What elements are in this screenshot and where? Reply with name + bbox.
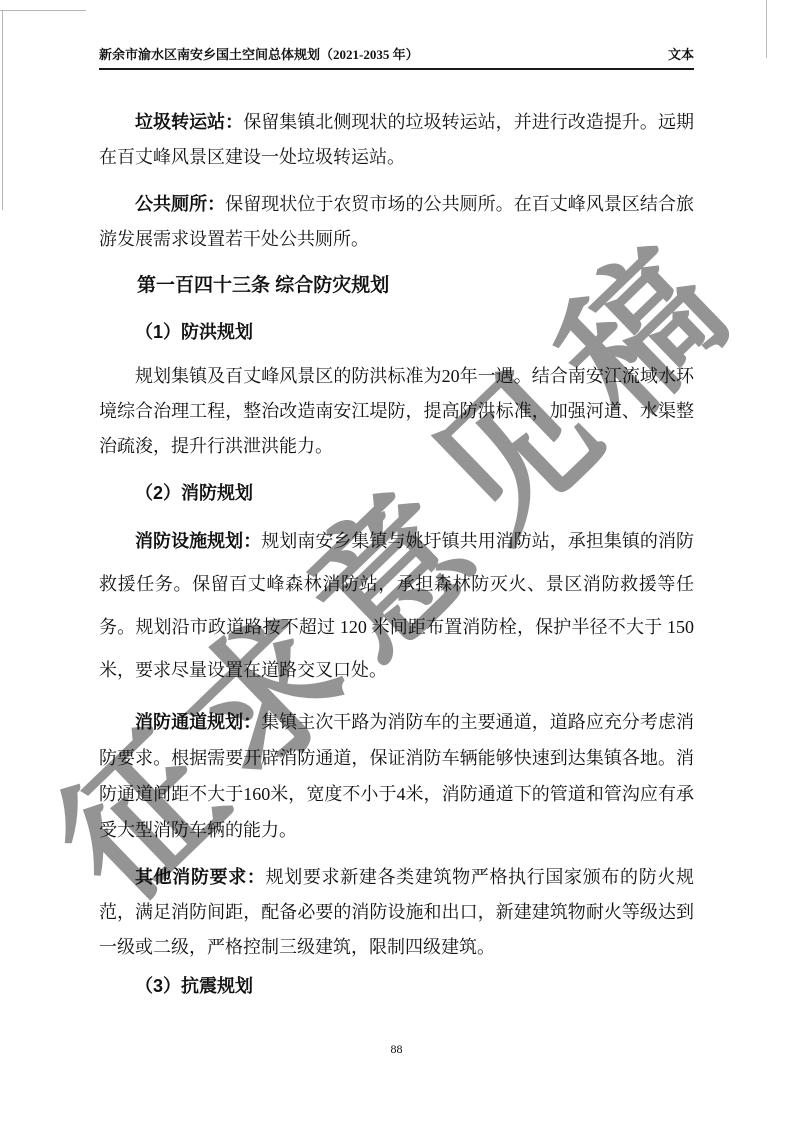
document-page: 征求意见稿 新余市渝水区南安乡国土空间总体规划（2021-2035 年） 文本 … xyxy=(0,0,793,1122)
paragraph: 消防设施规划：规划南安乡集镇与姚圩镇共用消防站，承担集镇的消防救援任务。保留百丈… xyxy=(99,520,694,692)
paragraph-lead: 其他消防要求： xyxy=(135,867,266,887)
scan-edge-artifact-top xyxy=(0,10,86,11)
paragraph: 规划集镇及百丈峰风景区的防洪标准为20年一遇。结合南安江流域水环境综合治理工程，… xyxy=(99,359,694,464)
paragraph: 其他消防要求：规划要求新建各类建筑物严格执行国家颁布的防火规范，满足消防间距，配… xyxy=(99,860,694,965)
page-footer: 88 xyxy=(0,1042,793,1057)
header-title: 新余市渝水区南安乡国土空间总体规划（2021-2035 年） xyxy=(99,44,419,63)
page-number: 88 xyxy=(391,1042,403,1056)
section-heading: 第一百四十三条 综合防灾规划 xyxy=(99,269,694,303)
document-body: 垃圾转运站：保留集镇北侧现状的垃圾转运站，并进行改造提升。远期在百丈峰风景区建设… xyxy=(99,95,694,1013)
sub-heading: （1）防洪规划 xyxy=(99,315,694,349)
paragraph: 公共厕所：保留现状位于农贸市场的公共厕所。在百丈峰风景区结合旅游发展需求设置若干… xyxy=(99,187,694,257)
scan-edge-artifact-left xyxy=(2,10,3,210)
sub-heading: （3）抗震规划 xyxy=(99,969,694,1003)
paragraph-lead: 垃圾转运站： xyxy=(135,112,243,132)
page-header: 新余市渝水区南安乡国土空间总体规划（2021-2035 年） 文本 xyxy=(99,44,694,70)
paragraph: 消防通道规划：集镇主次干路为消防车的主要通道，道路应充分考虑消防要求。根据需要开… xyxy=(99,704,694,848)
sub-heading: （2）消防规划 xyxy=(99,476,694,510)
paragraph-lead: 消防通道规划： xyxy=(135,712,261,732)
paragraph-lead: 消防设施规划： xyxy=(135,531,261,551)
scan-edge-artifact-right xyxy=(766,0,767,58)
header-doc-type: 文本 xyxy=(668,44,694,63)
paragraph-text: 规划南安乡集镇与姚圩镇共用消防站，承担集镇的消防救援任务。保留百丈峰森林消防站，… xyxy=(99,531,694,680)
paragraph: 垃圾转运站：保留集镇北侧现状的垃圾转运站，并进行改造提升。远期在百丈峰风景区建设… xyxy=(99,105,694,175)
paragraph-lead: 公共厕所： xyxy=(135,194,225,214)
